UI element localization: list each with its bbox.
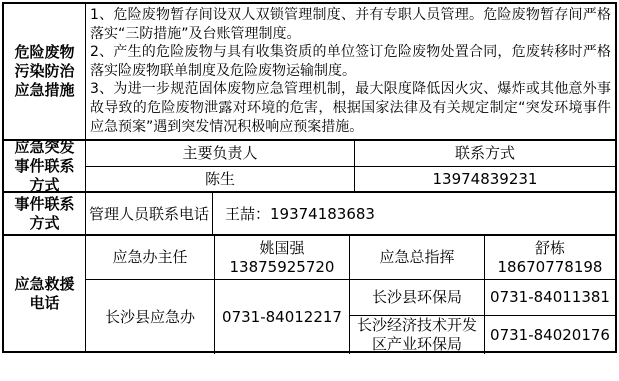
row-header-incident-contact: 事件联系 方式 — [4, 193, 86, 234]
measure-item-3: 3、为进一步规范固体废物应急管理机制，最大限度降低因火灾、爆炸或其他意外事故导致… — [90, 80, 611, 136]
row-header-rescue-phones: 应急救援 电话 — [4, 236, 86, 351]
county-epb-phone: 0731-84011381 — [484, 279, 615, 315]
rescue-director-label: 应急办主任 — [86, 236, 214, 279]
section-emergency-contact: 应急突发 事件联系 方式 主要负责人 联系方式 陈生 13974839231 — [4, 139, 615, 191]
county-epb-label: 长沙县环保局 — [349, 279, 484, 315]
county-office-phone: 0731-84012217 — [214, 279, 349, 354]
manager-phone-label: 管理人员联系电话 — [86, 193, 213, 234]
responsible-person-name: 陈生 — [86, 166, 354, 191]
section-measures: 危险废物 污染防治 应急措施 1、危险废物暂存间设双人双锁管理制度、并有专职人员… — [4, 4, 615, 139]
rescue-director-value: 姚国强 13875925720 — [214, 236, 349, 279]
county-office-label: 长沙县应急办 — [86, 279, 214, 354]
section-incident-contact: 事件联系 方式 管理人员联系电话 王喆：19374183683 — [4, 191, 615, 234]
incident-contact-body: 管理人员联系电话 王喆：19374183683 — [86, 193, 615, 234]
emergency-contact-grid: 主要负责人 联系方式 陈生 13974839231 — [86, 141, 615, 191]
etz-epb-label: 长沙经济技术开发区产业环保局 — [349, 315, 484, 354]
emergency-measures-table: 危险废物 污染防治 应急措施 1、危险废物暂存间设双人双锁管理制度、并有专职人员… — [2, 2, 617, 353]
measure-item-1: 1、危险废物暂存间设双人双锁管理制度、并有专职人员管理。危险废物暂存间严格落实“… — [90, 6, 611, 43]
manager-phone-value: 王喆：19374183683 — [213, 193, 615, 234]
measures-text: 1、危险废物暂存间设双人双锁管理制度、并有专职人员管理。危险废物暂存间严格落实“… — [86, 4, 615, 139]
section-rescue-phones: 应急救援 电话 应急办主任 姚国强 13875925720 应急总指挥 舒栋 1… — [4, 234, 615, 351]
row-header-emergency-contact: 应急突发 事件联系 方式 — [4, 141, 86, 191]
col-header-responsible-person: 主要负责人 — [86, 141, 354, 166]
etz-epb-phone: 0731-84020176 — [484, 315, 615, 354]
rescue-commander-label: 应急总指挥 — [349, 236, 484, 279]
rescue-phones-grid: 应急办主任 姚国强 13875925720 应急总指挥 舒栋 186707781… — [86, 236, 615, 351]
responsible-person-phone: 13974839231 — [354, 166, 615, 191]
rescue-commander-value: 舒栋 18670778198 — [484, 236, 615, 279]
measure-item-2: 2、产生的危险废物与具有收集资质的单位签订危险废物处置合同，危废转移时严格落实险… — [90, 43, 611, 80]
col-header-contact-method: 联系方式 — [354, 141, 615, 166]
row-header-measures: 危险废物 污染防治 应急措施 — [4, 4, 86, 139]
